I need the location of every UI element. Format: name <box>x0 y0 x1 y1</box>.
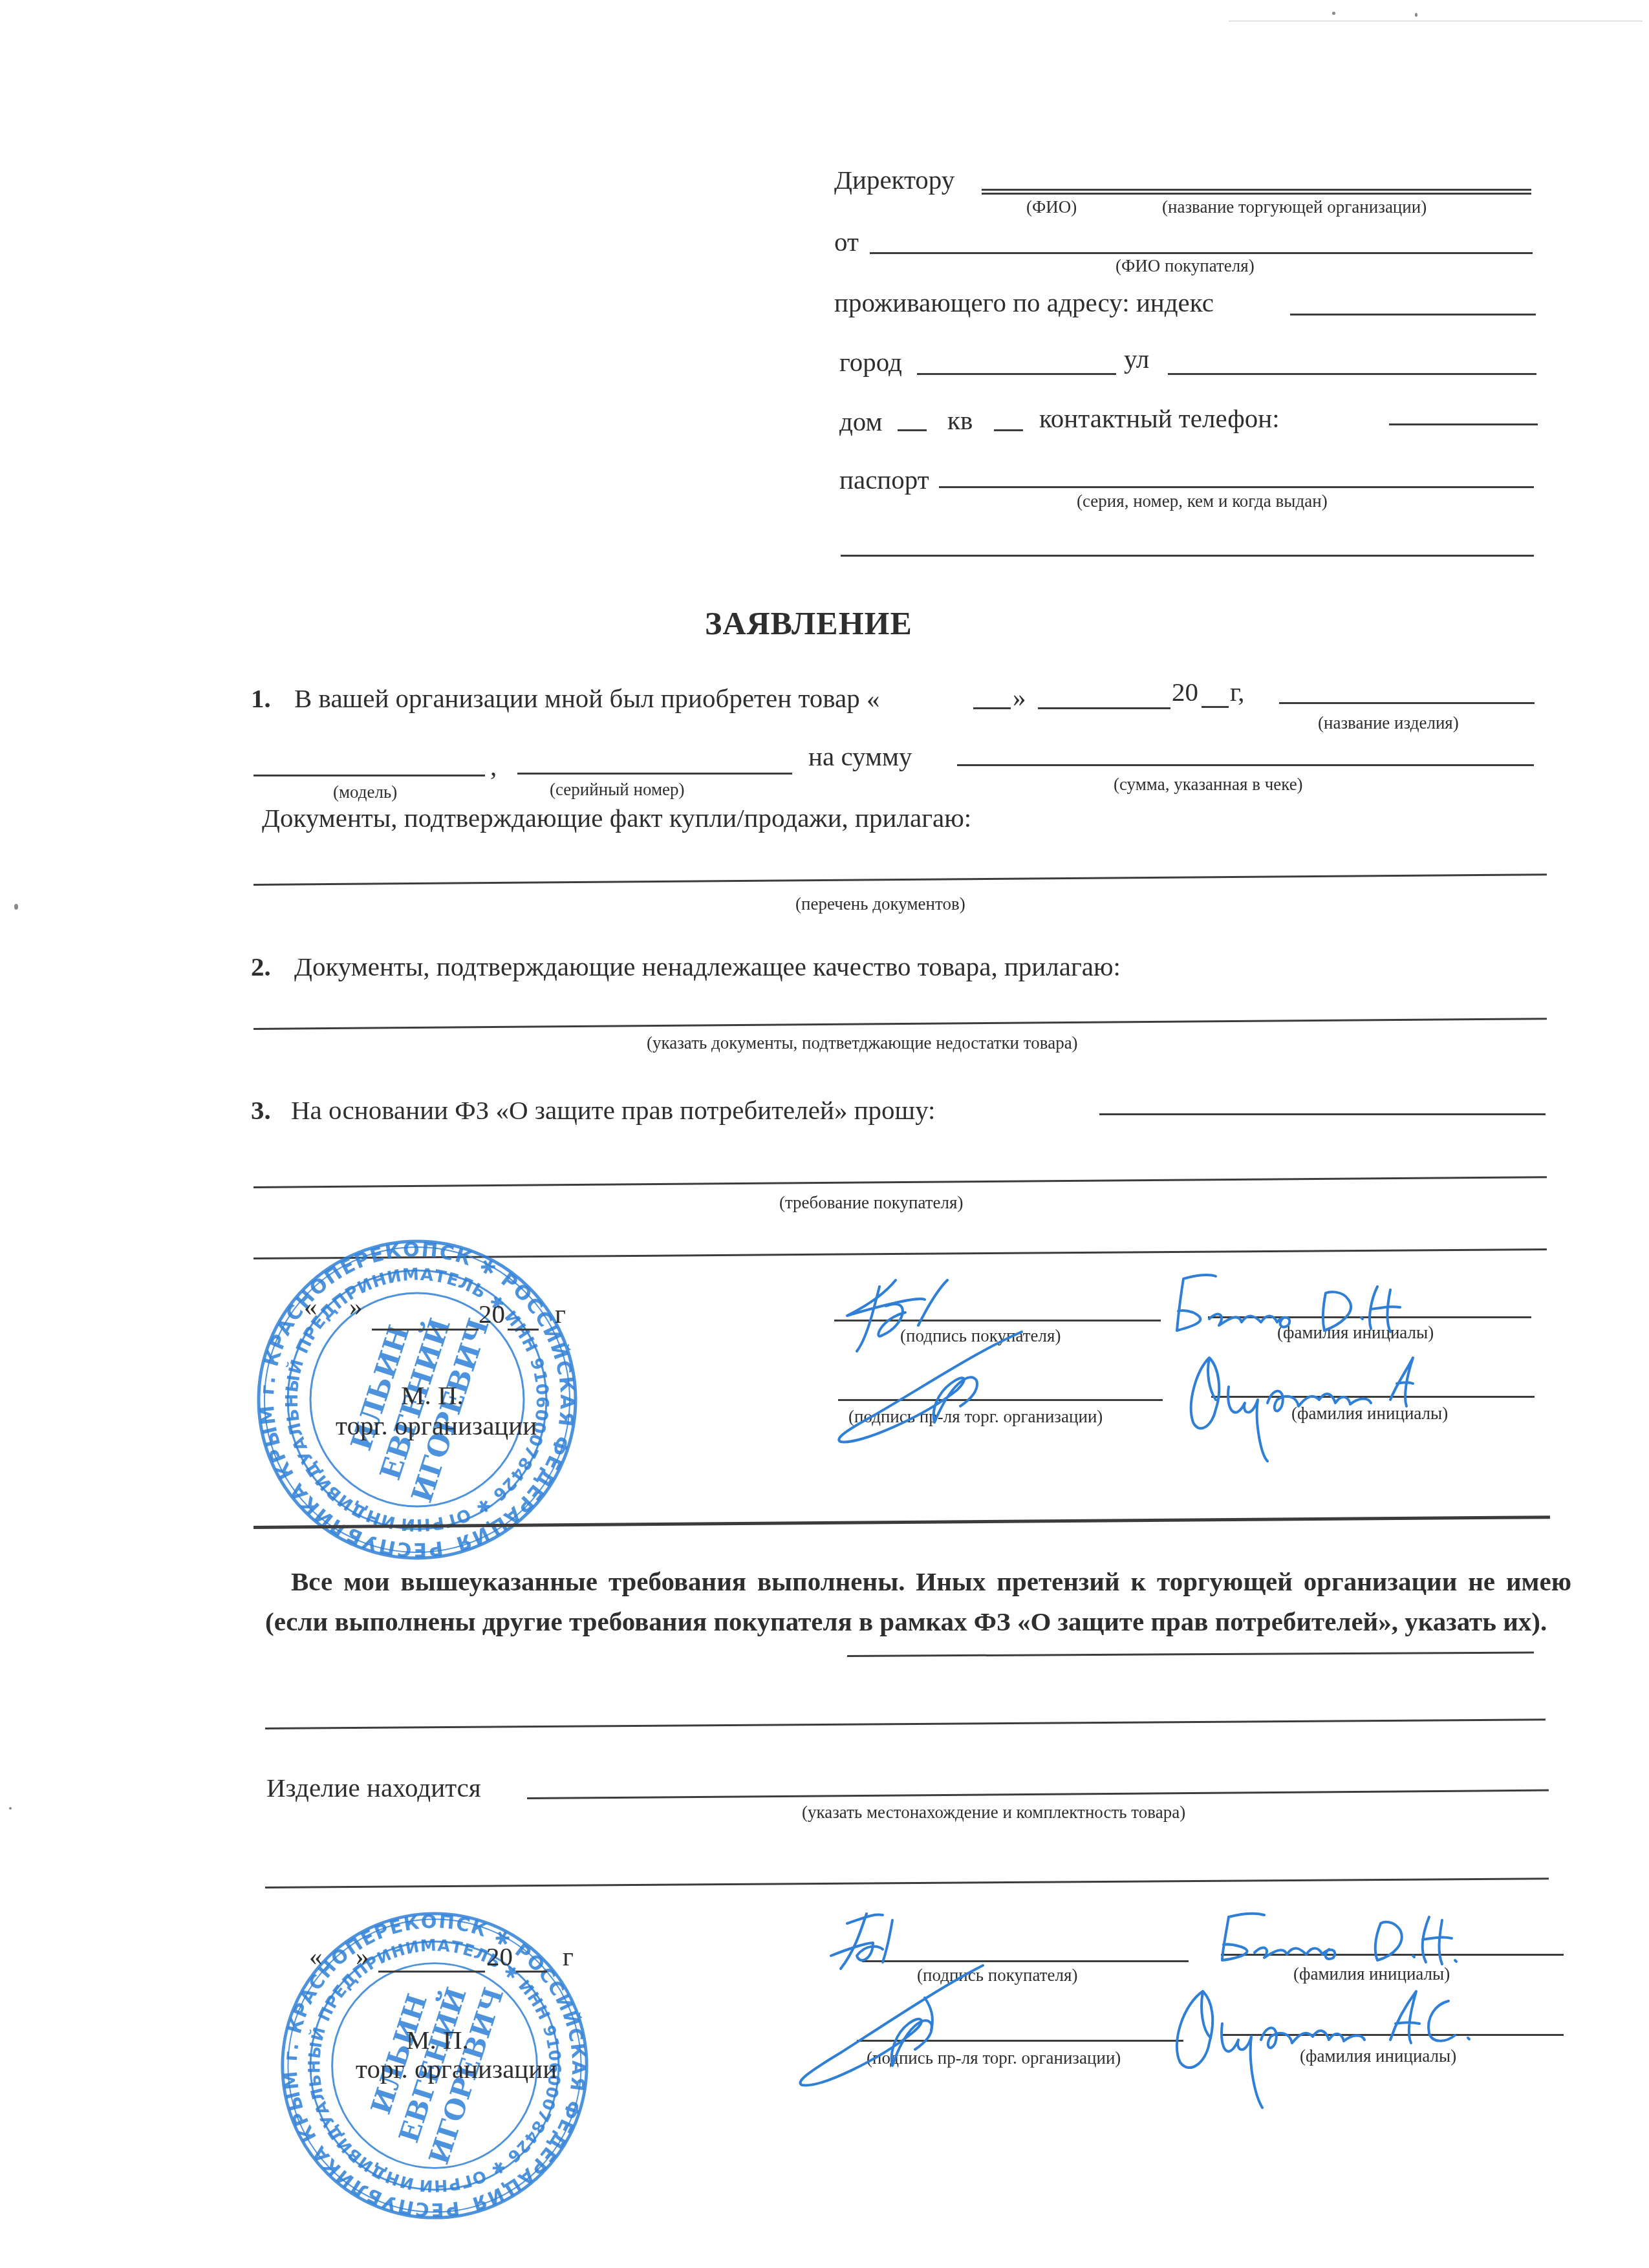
sign-year-prefix-2: 20 <box>486 1943 513 1970</box>
buyer-signature-caption: (подпись покупателя) <box>900 1327 1061 1345</box>
date-close-quote: » <box>356 1943 369 1969</box>
street-line <box>1168 373 1536 375</box>
purchase-month-field[interactable] <box>1038 680 1170 709</box>
scan-speck <box>14 904 18 910</box>
address-label: проживающего по адресу: индекс <box>834 290 1214 316</box>
product-name-line <box>1279 702 1535 704</box>
document-title: ЗАЯВЛЕНИЕ <box>705 604 912 642</box>
org-signature-field-2[interactable] <box>857 2004 1183 2040</box>
sum-line <box>957 764 1534 766</box>
date-close-quote: » <box>349 1293 363 1320</box>
city-line <box>917 373 1116 375</box>
house-field[interactable] <box>898 403 927 432</box>
request-field[interactable] <box>1099 1085 1546 1113</box>
buyer-signature-field-2[interactable] <box>862 1924 1189 1960</box>
index-field[interactable] <box>1290 284 1536 313</box>
apt-field[interactable] <box>994 403 1023 432</box>
index-line <box>1290 314 1536 316</box>
stamp-place-label-2: М. П. <box>406 2027 469 2053</box>
stamp-org-label: торг. организации <box>336 1413 537 1439</box>
sign-day-field-2[interactable] <box>322 1940 351 1968</box>
scan-speck <box>1415 13 1417 17</box>
purchase-docs-text: Документы, подтверждающие факт купли/про… <box>262 805 971 831</box>
location-caption: (указать местонахождение и комплектность… <box>802 1804 1185 1821</box>
date-open-quote: « <box>304 1293 318 1320</box>
org-signature-caption-2: (подпись пр-ля торг. организации) <box>867 2049 1121 2067</box>
location-label: Изделие находится <box>266 1775 481 1801</box>
sum-caption: (сумма, указанная в чеке) <box>1114 776 1303 793</box>
model-line <box>253 775 485 776</box>
apt-label: кв <box>947 407 973 434</box>
serial-caption: (серийный номер) <box>550 781 684 798</box>
from-line <box>870 252 1533 254</box>
sum-field[interactable] <box>957 736 1534 764</box>
passport-field-2[interactable] <box>841 525 1534 553</box>
street-field[interactable] <box>1168 344 1536 372</box>
serial-line <box>517 773 792 775</box>
sign-year-suffix: г <box>555 1301 566 1327</box>
model-caption: (модель) <box>333 784 397 801</box>
sign-year-line-2 <box>516 1971 547 1973</box>
org-signature-line-2 <box>857 2040 1183 2042</box>
passport-caption: (серия, номер, кем и когда выдан) <box>1077 493 1328 510</box>
scan-speck <box>9 1807 12 1810</box>
sign-month-field-2[interactable] <box>378 1942 485 1971</box>
serial-field[interactable] <box>517 744 792 773</box>
scan-speck <box>1332 12 1335 15</box>
other-requirements-field[interactable] <box>847 1625 1534 1654</box>
buyer-name-caption-2: (фамилия инициалы) <box>1293 1965 1450 1983</box>
sign-month-line <box>372 1329 479 1331</box>
request-line <box>1099 1113 1546 1115</box>
director-caption-org: (название торгующей организации) <box>1162 198 1427 216</box>
buyer-name-field[interactable] <box>870 224 1533 252</box>
purchase-docs-caption: (перечень документов) <box>795 895 965 913</box>
passport-field[interactable] <box>939 458 1534 486</box>
passport-line <box>939 486 1534 488</box>
phone-label: контактный телефон: <box>1039 405 1280 432</box>
product-name-caption: (название изделия) <box>1318 714 1459 732</box>
stamp-org-label-2: торг. организации <box>356 2056 557 2082</box>
buyer-signature-line-2 <box>862 1960 1189 1962</box>
item-3-text: На основании ФЗ «О защите прав потребите… <box>291 1097 936 1124</box>
org-name-line-2 <box>1221 2034 1564 2036</box>
city-label: город <box>839 349 902 376</box>
passport-line-2 <box>841 555 1534 557</box>
item-2-text: Документы, подтверждающие ненадлежащее к… <box>294 954 1121 980</box>
passport-label: паспорт <box>839 467 929 493</box>
buyer-signature-line <box>834 1320 1161 1321</box>
sign-year-field-2[interactable] <box>516 1942 547 1971</box>
purchase-year-field[interactable] <box>1202 679 1229 707</box>
buyer-name-line <box>1208 1316 1531 1318</box>
org-signature-caption: (подпись пр-ля торг. организации) <box>848 1408 1103 1426</box>
request-caption: (требование покупателя) <box>779 1194 963 1212</box>
item-1-number: 1. <box>251 685 271 712</box>
quality-docs-field[interactable] <box>253 997 1547 1025</box>
org-name-caption-2: (фамилия инициалы) <box>1300 2048 1456 2065</box>
request-field-2[interactable] <box>253 1156 1547 1184</box>
sign-year-suffix-2: г <box>563 1943 574 1970</box>
director-field[interactable] <box>982 162 1531 190</box>
quality-docs-caption: (указать документы, подтветджающие недос… <box>647 1034 1078 1052</box>
director-label: Директору <box>834 167 954 193</box>
item-1-year-prefix: 20 <box>1172 679 1198 705</box>
buyer-signature-field[interactable] <box>834 1283 1161 1320</box>
director-caption-fio: (ФИО) <box>1026 198 1077 216</box>
item-1-text: В вашей организации мной был приобретен … <box>294 685 880 712</box>
sign-month-line-2 <box>378 1971 485 1973</box>
from-caption: (ФИО покупателя) <box>1115 257 1255 275</box>
sign-month-field[interactable] <box>372 1300 479 1328</box>
model-field[interactable] <box>253 746 485 775</box>
buyer-name-line-2 <box>1221 1954 1564 1956</box>
item-2-number: 2. <box>251 954 271 980</box>
city-field[interactable] <box>917 344 1116 372</box>
location-field[interactable] <box>527 1768 1549 1797</box>
stamp-place-label: М. П. <box>401 1382 464 1409</box>
product-name-field[interactable] <box>1279 674 1535 702</box>
buyer-name-caption: (фамилия инициалы) <box>1277 1324 1434 1342</box>
item-1-quote-close: » <box>1013 684 1026 711</box>
from-label: от <box>834 229 859 255</box>
item-3-number: 3. <box>251 1097 271 1124</box>
phone-field[interactable] <box>1389 396 1538 424</box>
org-name-line <box>1211 1396 1535 1398</box>
item-1-year-suffix: г, <box>1230 679 1244 705</box>
purchase-docs-field[interactable] <box>253 852 1547 881</box>
date-open-quote: « <box>309 1943 323 1969</box>
buyer-signature-caption-2: (подпись покупателя) <box>917 1967 1077 1984</box>
sign-day-field[interactable] <box>317 1290 346 1318</box>
item-1-comma: , <box>490 753 497 780</box>
location-field-2[interactable] <box>265 1856 1549 1884</box>
sign-year-field[interactable] <box>508 1300 539 1328</box>
other-requirements-field-2[interactable] <box>265 1696 1546 1725</box>
org-signature-line <box>838 1399 1163 1401</box>
purchase-day-field[interactable] <box>973 680 1011 709</box>
org-name-caption: (фамилия инициалы) <box>1291 1405 1448 1422</box>
street-label: ул <box>1124 346 1149 372</box>
org-signature-field[interactable] <box>838 1363 1163 1399</box>
sign-year-prefix: 20 <box>479 1301 505 1327</box>
house-label: дом <box>839 409 883 435</box>
sum-label: на сумму <box>808 744 912 770</box>
sign-year-line <box>508 1329 539 1331</box>
scan-edge-line <box>1229 21 1643 21</box>
